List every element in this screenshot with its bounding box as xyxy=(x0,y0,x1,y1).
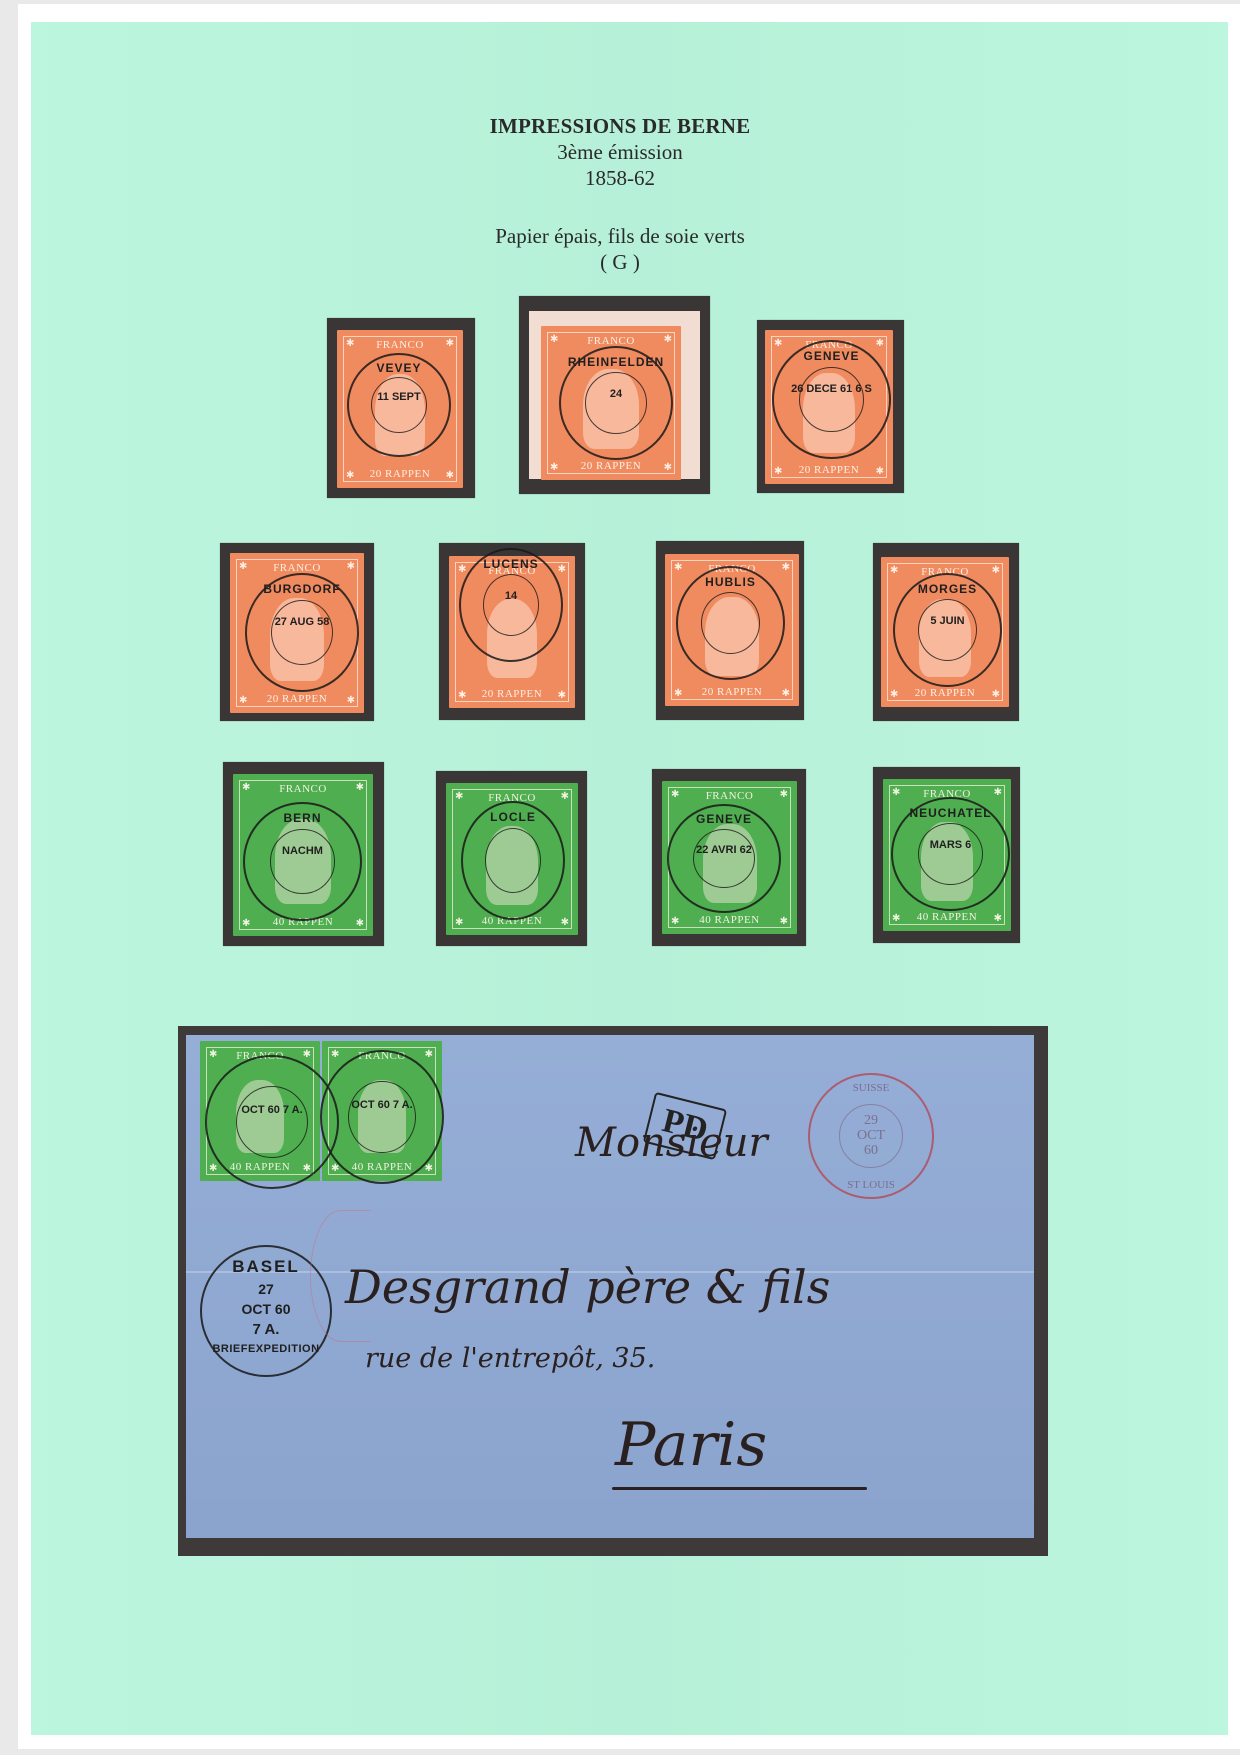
postmark-cancel: BERNNACHM xyxy=(243,802,362,921)
stamp-mount: ✱✱✱✱FRANCO20 RAPPENMORGES5 JUIN xyxy=(873,543,1019,721)
postmark-town: BERN xyxy=(245,811,360,825)
stamp-franco-label: FRANCO xyxy=(233,783,373,795)
stamp-mount: ✱✱✱✱FRANCO20 RAPPENRHEINFELDEN24 xyxy=(519,296,710,494)
postmark-cancel: LUCENS14 xyxy=(459,548,563,662)
postmark-date: MARS 6 xyxy=(893,839,1008,852)
postmark-town: BURGDORF xyxy=(247,582,357,596)
postmark-date: NACHM xyxy=(245,845,360,858)
postmark-cancel: LOCLE xyxy=(461,801,565,920)
red-cancel-country: SUISSE xyxy=(810,1082,932,1094)
postmark-town: LOCLE xyxy=(463,810,563,824)
postmark-town: GENEVE xyxy=(774,349,889,363)
page-title: IMPRESSIONS DE BERNE xyxy=(0,113,1240,139)
red-cancel-date: 29 OCT 60 xyxy=(810,1113,932,1158)
postmark-town: NEUCHATEL xyxy=(893,806,1008,820)
postmark-cancel: BURGDORF27 AUG 58 xyxy=(245,573,359,692)
postmark-date: 27 AUG 58 xyxy=(247,616,357,629)
stamp-mount: ✱✱✱✱FRANCO20 RAPPENBURGDORF27 AUG 58 xyxy=(220,543,374,721)
page-header: IMPRESSIONS DE BERNE 3ème émission 1858-… xyxy=(0,113,1240,275)
stamp-value-label: 20 RAPPEN xyxy=(230,693,364,705)
stamp-mount: ✱✱✱✱FRANCO40 RAPPENNEUCHATELMARS 6 xyxy=(873,767,1020,943)
stamp-mount: ✱✱✱✱FRANCO20 RAPPENLUCENS14 xyxy=(439,543,585,720)
address-street: rue de l'entrepôt, 35. xyxy=(365,1343,655,1374)
stamp-value-label: 20 RAPPEN xyxy=(541,460,681,472)
postmark-date: OCT 60 7 A. xyxy=(322,1099,442,1112)
stamp-mount: ✱✱✱✱FRANCO40 RAPPENLOCLE xyxy=(436,771,587,946)
page-subtitle: 3ème émission xyxy=(0,139,1240,165)
postmark-town: GENEVE xyxy=(669,812,779,826)
postmark-cancel: GENEVE26 DECE 61 6 S xyxy=(772,340,891,459)
postmark-cancel: VEVEY11 SEPT xyxy=(347,353,451,457)
red-cancel-city: ST LOUIS xyxy=(810,1179,932,1191)
address-name: Desgrand père & fils xyxy=(345,1260,830,1314)
postmark-town: MORGES xyxy=(895,582,1000,596)
postmark-town: RHEINFELDEN xyxy=(561,355,671,369)
stamp-value-label: 20 RAPPEN xyxy=(881,687,1009,699)
postmark-cancel: NEUCHATELMARS 6 xyxy=(891,797,1010,911)
postmark-date: 26 DECE 61 6 S xyxy=(774,383,889,396)
postmark-cancel: RHEINFELDEN24 xyxy=(559,346,673,460)
address-city: Paris xyxy=(615,1410,767,1480)
stamp-mount: ✱✱✱✱FRANCO20 RAPPENHUBLIS xyxy=(656,541,804,720)
page-period: 1858-62 xyxy=(0,165,1240,191)
postmark-town: VEVEY xyxy=(349,361,449,375)
red-cancel-year: 60 xyxy=(810,1143,932,1158)
postmark-town: LUCENS xyxy=(461,557,561,571)
red-transit-cancel: SUISSE 29 OCT 60 ST LOUIS xyxy=(808,1073,934,1199)
postmark-town: HUBLIS xyxy=(678,575,783,589)
stamp-value-label: 20 RAPPEN xyxy=(765,464,893,476)
postmark-date: 5 JUIN xyxy=(895,615,1000,628)
postmark-cancel: GENEVE22 AVRI 62 xyxy=(667,804,781,913)
address-salutation: Monsieur xyxy=(575,1120,768,1166)
postmark-date: OCT 60 7 A. xyxy=(207,1104,337,1117)
postmark-cancel: MORGES5 JUIN xyxy=(893,573,1002,687)
basel-office: BRIEFEXPEDITION xyxy=(202,1343,330,1355)
postmark-date: 11 SEPT xyxy=(349,391,449,404)
red-cancel-month: OCT xyxy=(810,1128,932,1143)
stamp-value-label: 40 RAPPEN xyxy=(883,911,1011,923)
paper-description: Papier épais, fils de soie verts xyxy=(0,223,1240,249)
stamp-franco-label: FRANCO xyxy=(662,790,797,802)
stamp-franco-label: FRANCO xyxy=(337,339,463,351)
postmark-date: 24 xyxy=(561,388,671,401)
stamp-mount: ✱✱✱✱FRANCO40 RAPPENGENEVE22 AVRI 62 xyxy=(652,769,806,946)
stamp-mount: ✱✱✱✱FRANCO40 RAPPENBERNNACHM xyxy=(223,762,384,946)
stamp-mount: ✱✱✱✱FRANCO20 RAPPENGENEVE26 DECE 61 6 S xyxy=(757,320,904,493)
stamp-value-label: 20 RAPPEN xyxy=(665,686,799,698)
basel-date: OCT 60 xyxy=(202,1301,330,1317)
stamp-value-label: 40 RAPPEN xyxy=(662,914,797,926)
basel-time: 7 A. xyxy=(202,1321,330,1338)
postmark-cancel: OCT 60 7 A. xyxy=(320,1050,444,1184)
stamp-mount: ✱✱✱✱FRANCO20 RAPPENVEVEY11 SEPT xyxy=(327,318,475,498)
stamp-value-label: 20 RAPPEN xyxy=(449,688,575,700)
postmark-date: 14 xyxy=(461,590,561,603)
postmark-cancel: OCT 60 7 A. xyxy=(205,1055,339,1189)
city-underline xyxy=(612,1487,867,1490)
red-cancel-day: 29 xyxy=(810,1113,932,1128)
stamp-value-label: 20 RAPPEN xyxy=(337,468,463,480)
postmark-cancel: HUBLIS xyxy=(676,566,785,680)
variety-label: ( G ) xyxy=(0,249,1240,275)
postmark-date: 22 AVRI 62 xyxy=(669,844,779,857)
